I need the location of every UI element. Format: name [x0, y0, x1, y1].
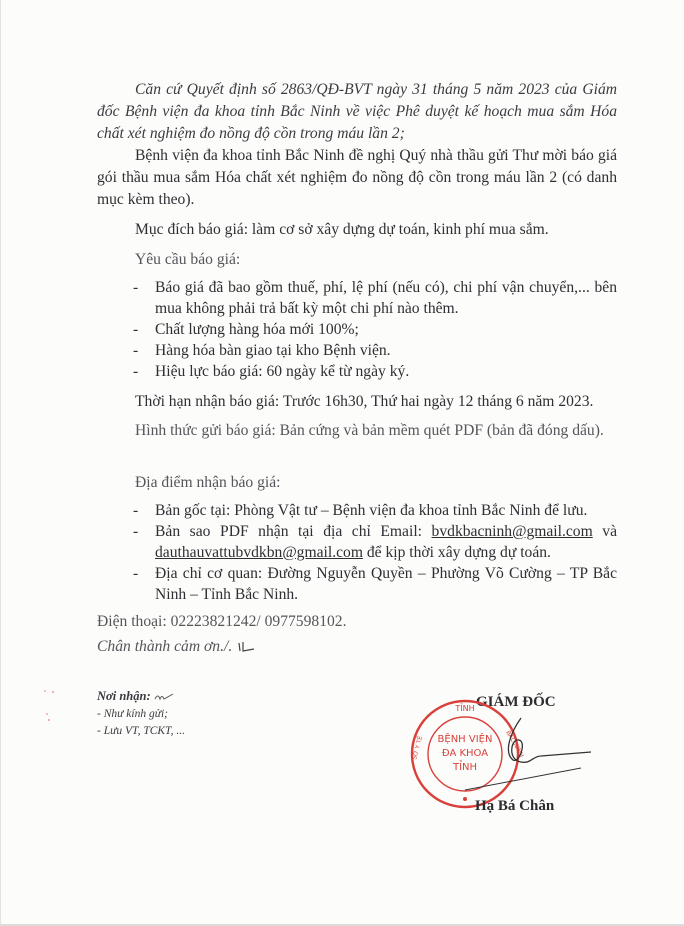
location-item-original: -Bản gốc tại: Phòng Vật tư – Bệnh viện đ…: [129, 500, 617, 521]
requirement-item: -Hàng hóa bàn giao tại kho Bệnh viện.: [129, 340, 617, 361]
requirements-heading: Yêu cầu báo giá:: [135, 249, 240, 271]
recipients-title: Nơi nhận:: [97, 689, 151, 703]
requirement-item: -Báo giá đã bao gồm thuế, phí, lệ phí (n…: [129, 277, 617, 319]
deadline-line: Thời hạn nhận báo giá: Trước 16h30, Thứ …: [135, 391, 593, 413]
location-item-pdf: -Bản sao PDF nhận tại địa chỉ Email: bvd…: [129, 521, 617, 563]
recipients-block: Nơi nhận: - Như kính gửi; - Lưu VT, TCKT…: [97, 688, 185, 740]
document-page: Căn cứ Quyết định số 2863/QĐ-BVT ngày 31…: [0, 0, 684, 926]
intro-paragraph: Căn cứ Quyết định số 2863/QĐ-BVT ngày 31…: [97, 79, 617, 145]
request-paragraph: Bệnh viện đa khoa tỉnh Bắc Ninh đề nghị …: [97, 145, 617, 211]
initials-mark-icon: [153, 691, 175, 703]
location-item-address: -Địa chỉ cơ quan: Đường Nguyễn Quyền – P…: [129, 563, 617, 605]
phone-line: Điện thoại: 02223821242/ 0977598102.: [97, 611, 617, 633]
margin-marks-icon: [41, 688, 71, 728]
thanks-line: Chân thành cảm ơn./.: [97, 636, 617, 658]
initials-mark-icon: [236, 641, 258, 653]
requirement-item: -Chất lượng hàng hóa mới 100%;: [129, 319, 617, 340]
requirements-list: -Báo giá đã bao gồm thuế, phí, lệ phí (n…: [129, 277, 617, 382]
recipient-item: - Như kính gửi;: [97, 706, 185, 723]
requirement-item: -Hiệu lực báo giá: 60 ngày kể từ ngày ký…: [129, 361, 617, 382]
signature-icon: [441, 712, 601, 792]
format-paragraph: Hình thức gửi báo giá: Bản cứng và bản m…: [97, 420, 617, 442]
purpose-line: Mục đích báo giá: làm cơ sở xây dựng dự …: [135, 219, 549, 241]
location-heading: Địa điểm nhận báo giá:: [135, 472, 281, 494]
email-link-1[interactable]: bvdkbacninh@gmail.com: [432, 523, 593, 540]
recipient-item: - Lưu VT, TCKT, ...: [97, 723, 185, 740]
email-link-2[interactable]: dauthauvattubvdkbn@gmail.com: [155, 544, 363, 561]
locations-list: -Bản gốc tại: Phòng Vật tư – Bệnh viện đ…: [129, 500, 617, 605]
signer-name: Hạ Bá Chân: [475, 798, 554, 815]
